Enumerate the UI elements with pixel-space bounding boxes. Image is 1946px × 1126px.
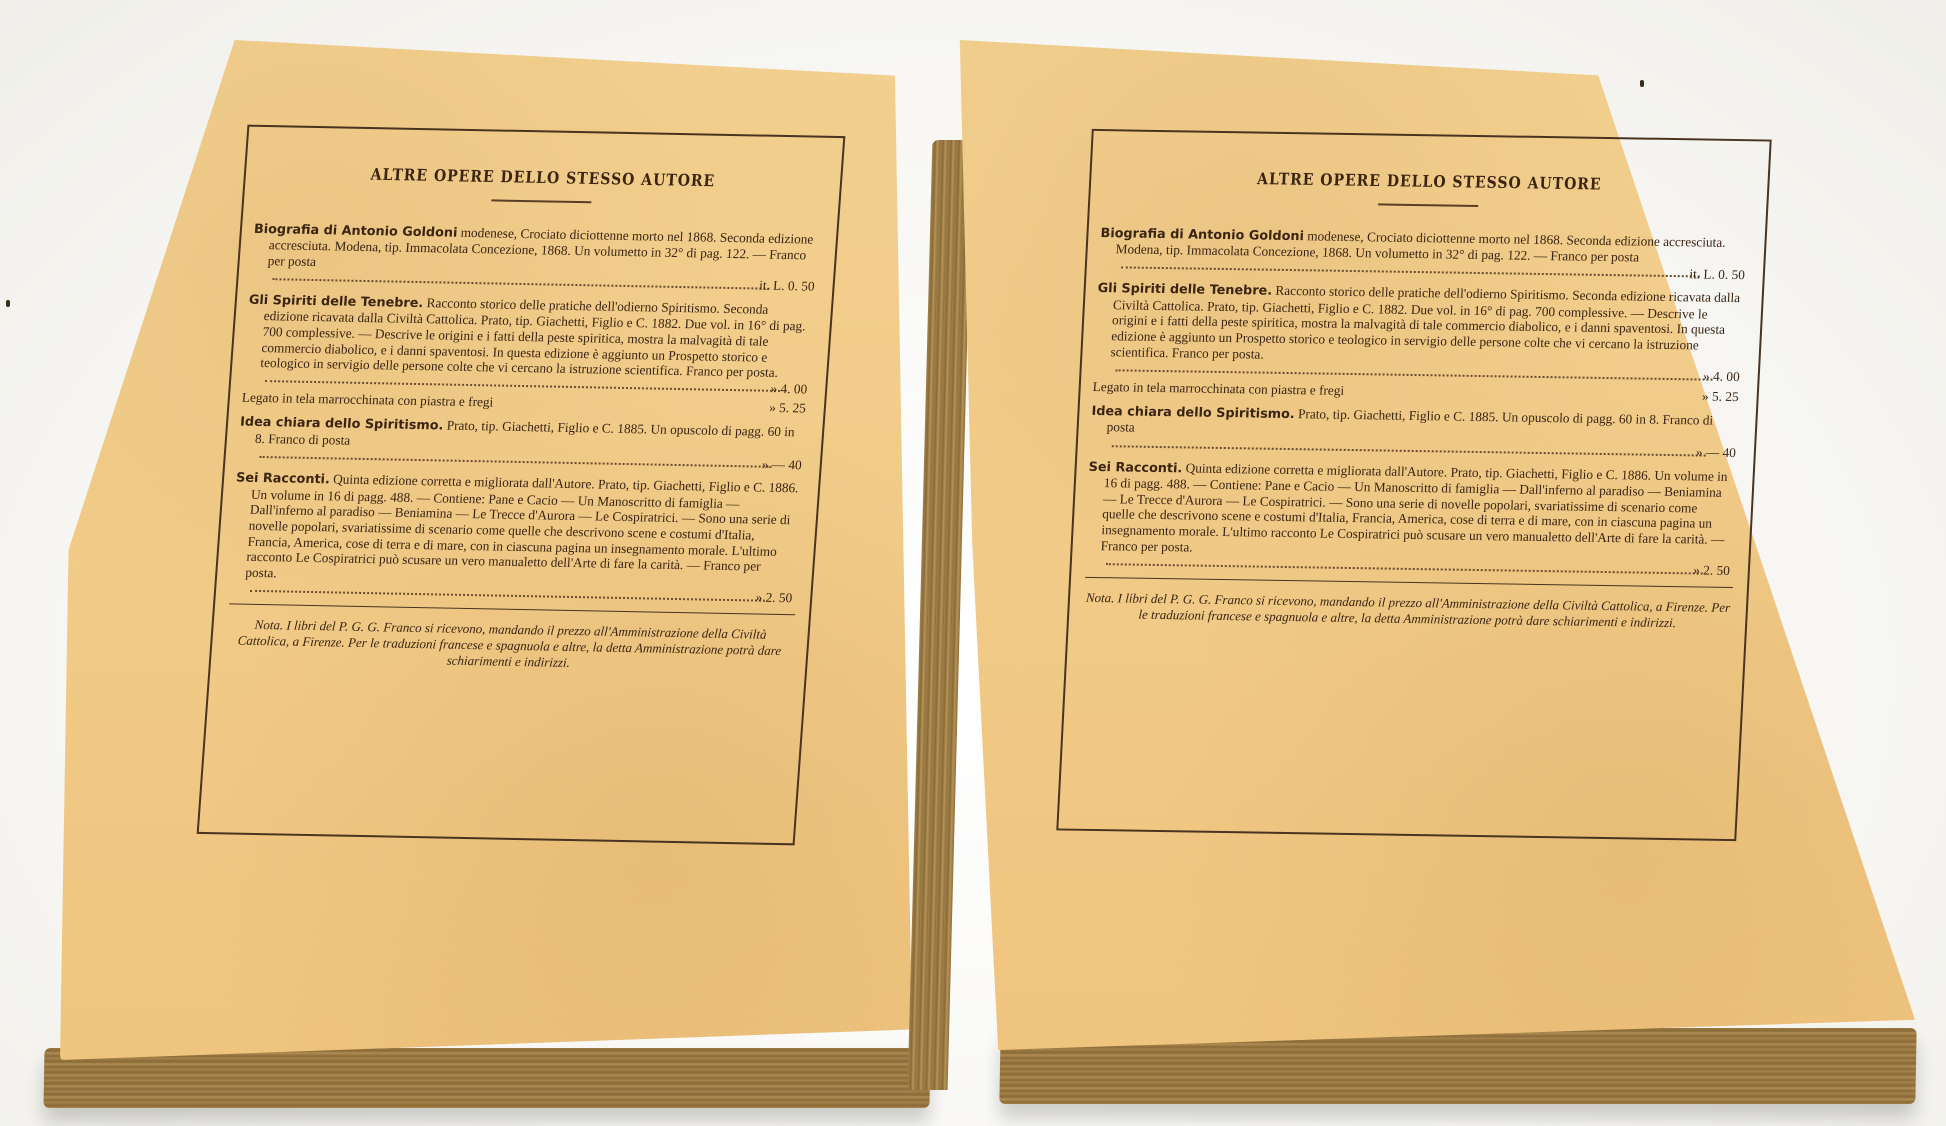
note-divider: [1085, 577, 1733, 589]
entry-biografia: Biografia di Antonio Goldoni modenese, C…: [1115, 225, 1747, 283]
publisher-note: Nota. I libri del P. G. G. Franco si ric…: [1083, 590, 1733, 632]
page-edges-side: [908, 140, 973, 1090]
entry-spiriti: Gli Spiriti delle Tenebre. Racconto stor…: [1109, 281, 1744, 385]
heading-divider: [1378, 203, 1478, 206]
entry-price: » 4. 00: [1719, 369, 1740, 385]
entry-idea: Idea chiara dello Spiritismo. Prato, tip…: [1106, 403, 1738, 461]
entry-racconti: Sei Racconti. Quinta edizione corretta e…: [1100, 459, 1735, 579]
entry-text: Quinta edizione corretta e migliorata da…: [1100, 460, 1728, 554]
entry-price: it. L. 0. 50: [1705, 266, 1745, 282]
heading: ALTRE OPERE DELLO STESSO AUTORE: [1091, 168, 1768, 197]
book-right: ALTRE OPERE DELLO STESSO AUTORE Biografi…: [0, 0, 1946, 1126]
entry-title: Sei Racconti.: [1088, 460, 1182, 476]
entry-text: Legato in tela marrocchinata con piastra…: [1092, 379, 1344, 399]
entry-price: » 5. 25: [1702, 388, 1739, 405]
dust-speck: [1640, 80, 1644, 87]
text-frame: ALTRE OPERE DELLO STESSO AUTORE Biografi…: [1056, 129, 1771, 841]
entry-price: » — 40: [1712, 445, 1737, 461]
entry-price: » 2. 50: [1709, 563, 1730, 579]
photo-background: ALTRE OPERE DELLO STESSO AUTORE Biografi…: [0, 0, 1946, 1126]
